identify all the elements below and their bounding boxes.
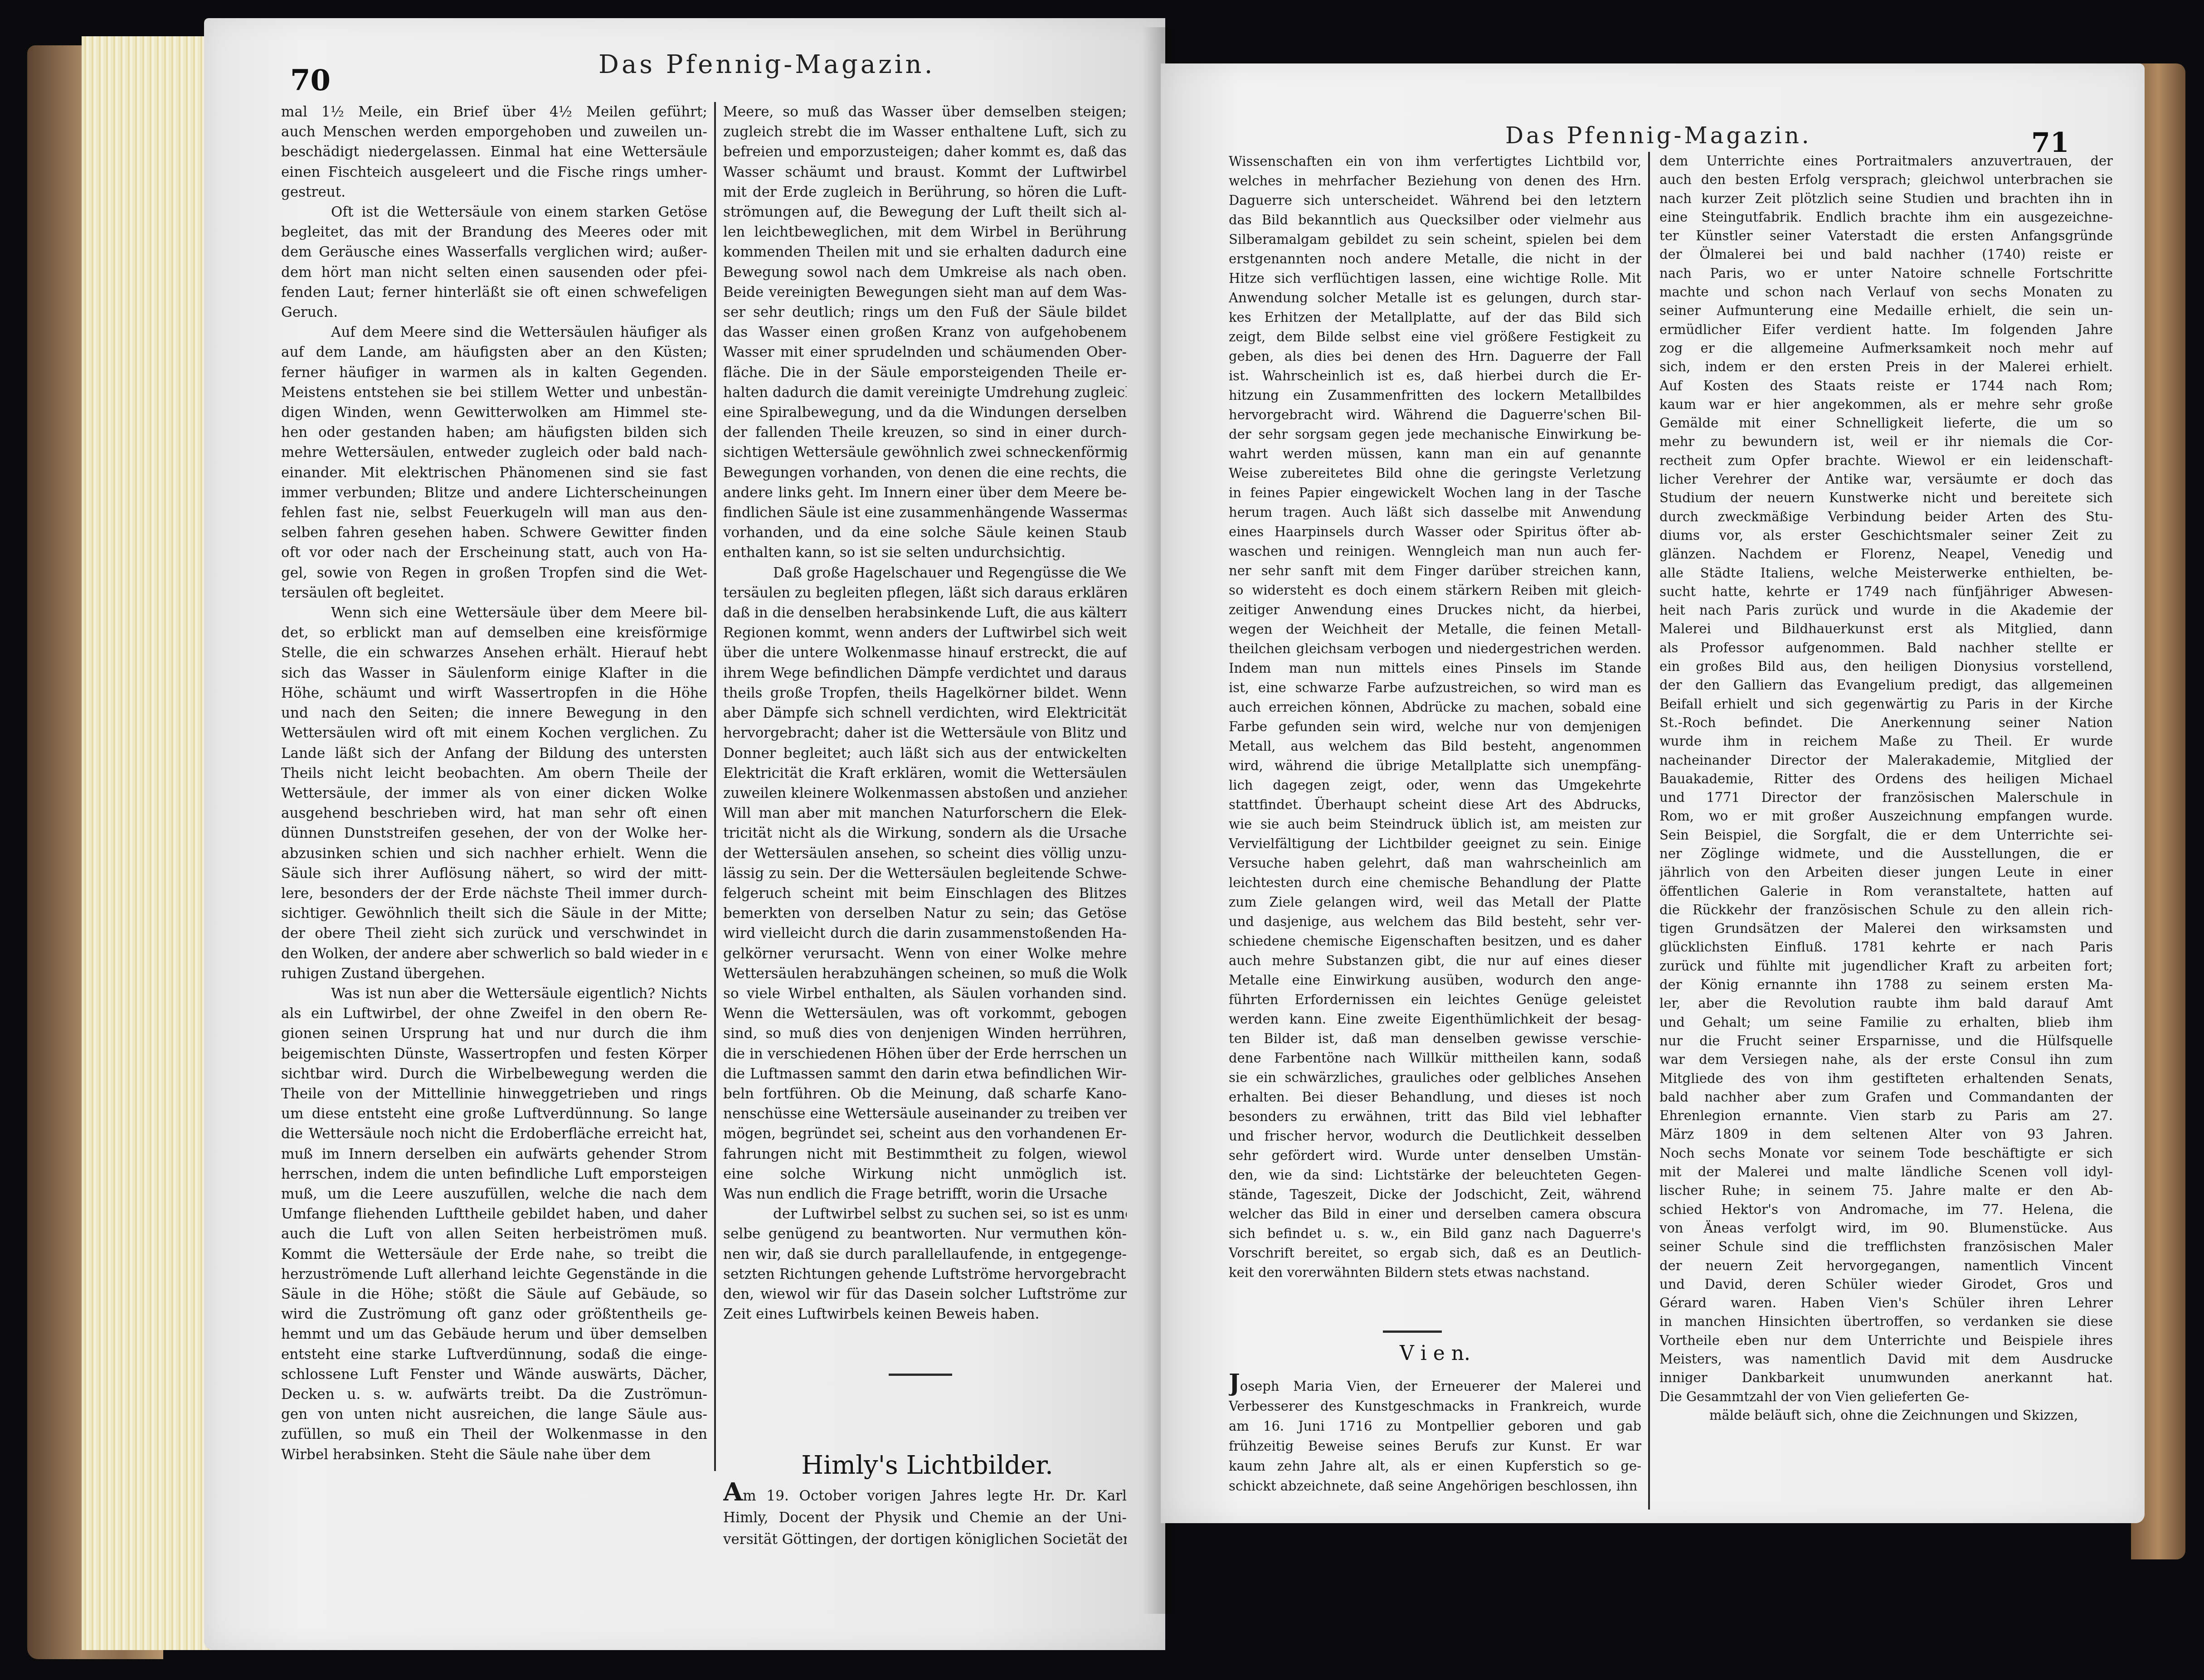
- section-heading-himly: Himly's Lichtbilder.: [723, 1451, 1131, 1480]
- text-line: Wettersäulen herabzuhängen scheinen, so …: [723, 964, 1127, 984]
- text-line: führten Erfordernissen ein leichtes Genü…: [1229, 990, 1641, 1010]
- text-line: eine Spiralbewegung, und da die Windunge…: [723, 403, 1127, 422]
- text-line: felgeruch scheint mit beim Einschlagen d…: [723, 884, 1127, 903]
- text-line: Joseph Maria Vien, der Erneuerer der Mal…: [1229, 1374, 1641, 1396]
- text-line: Auf dem Meere sind die Wettersäulen häuf…: [281, 322, 707, 342]
- text-line: schiedene chemische Eigenschaften besitz…: [1229, 932, 1641, 951]
- text-line: und David, deren Schüler wieder Girodet,…: [1659, 1275, 2113, 1294]
- text-line: licher Verehrer der Antike war, versäumt…: [1659, 470, 2113, 489]
- text-line: beigemischten Dünste, Wassertropfen und …: [281, 1044, 707, 1064]
- text-line: fahrungen nicht mit Bestimmtheit zu folg…: [723, 1144, 1127, 1164]
- text-line: muß, um die Leere auszufüllen, welche di…: [281, 1184, 707, 1204]
- text-line: digen Winden, wenn Gewitterwolken am Him…: [281, 403, 707, 422]
- text-line: Anwendung solcher Metalle ist es gelunge…: [1229, 288, 1641, 308]
- text-line: Wettersäule, der immer als von einer dic…: [281, 783, 707, 803]
- text-line: der sehr sorgsam gegen jede mechanische …: [1229, 425, 1641, 444]
- text-line: nach kurzer Zeit plötzlich seine Studien…: [1659, 189, 2113, 208]
- text-line: ausgehend beschrieben wird, hat man sehr…: [281, 803, 707, 823]
- text-line: Was ist nun aber die Wettersäule eigentl…: [281, 984, 707, 1004]
- text-line: beln fortführen. Ob die Meinung, daß sch…: [723, 1084, 1127, 1104]
- text-line: fenden Laut; ferner hinterläßt sie oft e…: [281, 282, 707, 302]
- text-line: auch den besten Erfolg versprach; gleich…: [1659, 170, 2113, 189]
- text-line: ein großes Bild aus, den heiligen Dionys…: [1659, 657, 2113, 676]
- text-line: bald nachher aber zum Grafen und Command…: [1659, 1088, 2113, 1107]
- text-line: gestreut.: [281, 182, 707, 202]
- text-line: zufüllen, so muß ein Theil der Wolkenmas…: [281, 1424, 707, 1444]
- section-body-vien: Joseph Maria Vien, der Erneuerer der Mal…: [1229, 1374, 1641, 1510]
- text-line: mögen, begründet sei, scheint aus den vo…: [723, 1124, 1127, 1144]
- text-line: den Wolken, der andere aber schwerlich s…: [281, 944, 707, 964]
- text-line: andere links geht. Im Innern einer über …: [723, 483, 1127, 503]
- text-line: erstgenannten noch andere Metalle, die n…: [1229, 249, 1641, 269]
- text-line: zum Ziele gelangen wird, weil das Metall…: [1229, 893, 1641, 912]
- text-line: ner sehr sanft mit dem Finger darüber st…: [1229, 561, 1641, 581]
- text-line: Vorschrift bereitet, so ergab sich, daß …: [1229, 1243, 1641, 1263]
- text-line: Weise zubereitetes Bild ohne die gerings…: [1229, 464, 1641, 483]
- text-line: Verbesserer des Kunstgeschmacks in Frank…: [1229, 1396, 1641, 1416]
- text-line: Versuche haben gelehrt, daß man wahrsche…: [1229, 854, 1641, 873]
- text-line: ist. Wahrscheinlich ist es, daß hierbei …: [1229, 366, 1641, 386]
- right-column-2: dem Unterrichte eines Portraitmalers anz…: [1659, 152, 2113, 1448]
- text-line: Stelle, die ein schwarzes Ansehen erhält…: [281, 643, 707, 663]
- running-head-right: Das Pfennig-Magazin.: [1505, 122, 1812, 149]
- text-line: Bewegung sowol nach dem Umkreise als nac…: [723, 262, 1127, 282]
- text-line: besonders zu erwähnen, tritt das Bild vi…: [1229, 1107, 1641, 1126]
- text-line: Farbe gefunden sein wird, welche nur von…: [1229, 717, 1641, 737]
- text-line: dem Geräusche eines Wasserfalls verglich…: [281, 242, 707, 262]
- text-line: inniger Dankbarkeit unumwunden anerkannt…: [1659, 1369, 2113, 1387]
- text-line: Studium der neuern Kunstwerke nicht und …: [1659, 489, 2113, 507]
- left-column-1: mal 1½ Meile, ein Brief über 4½ Meilen g…: [281, 102, 707, 1471]
- text-line: so widersteht es doch einem stärkern Rei…: [1229, 581, 1641, 600]
- text-line: findlichen Säule ist eine zusammenhängen…: [723, 503, 1127, 523]
- text-line: stattfindet. Überhaupt scheint diese Art…: [1229, 795, 1641, 815]
- text-line: Vortheile eben nur dem Unterrichte und B…: [1659, 1331, 2113, 1350]
- text-line: den, wie da sind: Lichtstärke der beleuc…: [1229, 1165, 1641, 1185]
- page-number-left: 70: [290, 63, 331, 97]
- text-line: ruhigen Zustand übergehen.: [281, 964, 707, 984]
- text-line: Am 19. October vorigen Jahres legte Hr. …: [723, 1482, 1127, 1507]
- section-divider-left: [889, 1374, 952, 1376]
- text-line: der fallenden Theile kreuzen, so sind in…: [723, 422, 1127, 442]
- text-line: werden kann. Eine zweite Eigenthümlichke…: [1229, 1010, 1641, 1029]
- text-line: waschen und reinigen. Wenngleich man nun…: [1229, 542, 1641, 561]
- text-line: Wirbel herabsinken. Steht die Säule nahe…: [281, 1445, 707, 1465]
- text-line: det, so erblickt man auf demselben eine …: [281, 623, 707, 643]
- text-line: Vervielfältigung der Lichtbilder geeigne…: [1229, 834, 1641, 854]
- text-line: hervorgebracht wird. Während die Daguerr…: [1229, 405, 1641, 425]
- text-line: gen von unten nicht ausreichen, die lang…: [281, 1404, 707, 1424]
- text-line: Meisters, was namentlich David mit dem A…: [1659, 1350, 2113, 1369]
- text-line: Höhe, schäumt und wirft Wassertropfen in…: [281, 683, 707, 703]
- text-line: und nach den Seiten; die innere Bewegung…: [281, 703, 707, 723]
- text-line: sich das Wasser in Säulenform einige Kla…: [281, 663, 707, 683]
- text-line: Oft ist die Wettersäule von einem starke…: [281, 202, 707, 222]
- text-line: abzusinken schien und sich nachher erhie…: [281, 844, 707, 864]
- text-line: und frischer hervor, wodurch die Deutlic…: [1229, 1126, 1641, 1146]
- text-line: sich, indem er den ersten Preis in der M…: [1659, 358, 2113, 376]
- text-line: mehre Wettersäulen, entweder zugleich od…: [281, 442, 707, 462]
- text-line: rectheit zum Opfer brachte. Wiewol er ei…: [1659, 452, 2113, 470]
- text-line: welcher das Bild in einer und derselben …: [1229, 1204, 1641, 1224]
- text-line: stände, Tageszeit, Dicke der Jodschicht,…: [1229, 1185, 1641, 1204]
- text-line: zurück und fühlte mit jugendlicher Kraft…: [1659, 957, 2113, 976]
- text-line: immer verbunden; Blitze und andere Licht…: [281, 483, 707, 503]
- text-line: Auf Kosten des Staats reiste er 1744 nac…: [1659, 377, 2113, 395]
- text-line: sich befindet u. s. w., ein Bild ganz na…: [1229, 1224, 1641, 1243]
- text-line: zuweilen kleinere Wolkenmassen abstoßen …: [723, 783, 1127, 803]
- text-line: beschädigt niedergelassen. Einmal hat ei…: [281, 142, 707, 162]
- text-line: mal 1½ Meile, ein Brief über 4½ Meilen g…: [281, 102, 707, 122]
- text-line: Zeit eines Luftwirbels keinen Beweis hab…: [723, 1304, 1127, 1324]
- section-body-himly: Am 19. October vorigen Jahres legte Hr. …: [723, 1482, 1127, 1573]
- text-line: Indem man nun mittels eines Pinsels im S…: [1229, 659, 1641, 678]
- text-line: der Luftwirbel selbst zu suchen sei, so …: [723, 1204, 1127, 1224]
- text-line: Daguerre sich unterscheidet. Während bei…: [1229, 191, 1641, 210]
- text-line: Wasser schäumt und braust. Kommt der Luf…: [723, 162, 1127, 182]
- text-line: ermüdlicher Eifer verdient hatte. Im fol…: [1659, 320, 2113, 339]
- text-line: sichtbar wird. Durch die Wirbelbewegung …: [281, 1064, 707, 1084]
- text-line: hen oder gestanden haben; am häufigsten …: [281, 422, 707, 442]
- text-line: Bauakademie, Ritter des Ordens des heili…: [1659, 770, 2113, 788]
- text-line: nach Paris, wo er unter Natoire schnelle…: [1659, 264, 2113, 283]
- text-line: wird, während die übrige Metallplatte si…: [1229, 756, 1641, 776]
- drop-cap: J: [1229, 1374, 1240, 1396]
- text-line: schickt abzeichnete, daß seine Angehörig…: [1229, 1476, 1641, 1496]
- text-line: dünnen Dunststreifen gesehen, der von de…: [281, 823, 707, 843]
- text-line: die Wettersäule noch nicht die Erdoberfl…: [281, 1124, 707, 1144]
- text-line: Himly, Docent der Physik und Chemie an d…: [723, 1507, 1127, 1529]
- text-line: heit nach Paris zurück und wurde in die …: [1659, 601, 2113, 620]
- text-line: Meistens entstehen sie bei stillem Wette…: [281, 383, 707, 403]
- text-line: entsteht eine starke Luftverdünnung, sod…: [281, 1345, 707, 1364]
- text-line: die Luftmassen sammt den darin etwa befi…: [723, 1064, 1127, 1084]
- text-line: Ehrenlegion ernannte. Vien starb zu Pari…: [1659, 1107, 2113, 1125]
- text-line: der Wettersäulen ansehen, so scheint die…: [723, 844, 1127, 864]
- text-line: alle Städte Italiens, welche Meisterwerk…: [1659, 564, 2113, 583]
- text-line: sucht hatte, kehrte er 1749 nach fünfjäh…: [1659, 583, 2113, 601]
- text-line: ist, eine schwarze Farbe aufzustreichen,…: [1229, 678, 1641, 698]
- text-line: nur die Frucht seiner Ersparnisse, und d…: [1659, 1032, 2113, 1050]
- text-line: halten dadurch die damit vereinigte Umdr…: [723, 383, 1127, 403]
- text-line: welches in mehrfacher Beziehung von dene…: [1229, 171, 1641, 191]
- text-line: wahrt werden müssen, kann man ein auf ge…: [1229, 444, 1641, 464]
- text-line: Regionen kommt, wenn anders der Luftwirb…: [723, 623, 1127, 643]
- text-line: Hitze sich verflüchtigen lassen, eine wi…: [1229, 269, 1641, 288]
- text-line: ler, aber die Revolution raubte ihm bald…: [1659, 994, 2113, 1013]
- right-column-1: Wissenschaften ein von ihm verfertigtes …: [1229, 152, 1641, 1303]
- text-line: Meere, so muß das Wasser über demselben …: [723, 102, 1127, 122]
- left-column-divider: [714, 102, 716, 1471]
- text-line: versität Göttingen, der dortigen königli…: [723, 1529, 1127, 1550]
- text-line: als Professor aufgenommen. Bald nachher …: [1659, 639, 2113, 657]
- text-line: sichtigen Wettersäule gewöhnlich zwei sc…: [723, 442, 1127, 462]
- text-line: einen Fischteich ausgeleert und die Fisc…: [281, 162, 707, 182]
- text-line: Umfange fliehenden Lufttheile gebildet h…: [281, 1204, 707, 1224]
- text-line: schlossene Luft Fenster und Wände auswär…: [281, 1364, 707, 1384]
- text-line: Wenn sich eine Wettersäule über dem Meer…: [281, 603, 707, 623]
- text-line: auch die Luft von allen Seiten herbeistr…: [281, 1224, 707, 1244]
- text-line: kes Erhitzen der Metallplatte, auf der d…: [1229, 308, 1641, 327]
- text-line: tersäulen zu begleiten pflegen, läßt sic…: [723, 583, 1127, 603]
- text-line: ten Bilder ist, daß man denselben gewiss…: [1229, 1029, 1641, 1049]
- text-line: Die Gesammtzahl der von Vien gelieferten…: [1659, 1388, 2113, 1406]
- text-line: hervorgebracht; daher ist die Wettersäul…: [723, 723, 1127, 743]
- text-line: Theils nicht leicht beobachten. Am obern…: [281, 763, 707, 783]
- text-line: auf dem Lande, am häufigsten aber an den…: [281, 342, 707, 362]
- text-line: fehlen fast nie, selbst Feuerkugeln will…: [281, 503, 707, 523]
- section-divider-right: [1383, 1330, 1442, 1333]
- text-line: wurde ihm in reichem Maße zu Theil. Er w…: [1659, 732, 2113, 751]
- text-line: Wissenschaften ein von ihm verfertigtes …: [1229, 152, 1641, 171]
- text-line: am 16. Juni 1716 zu Montpellier geboren …: [1229, 1416, 1641, 1436]
- text-line: strömungen auf, die Bewegung der Luft th…: [723, 202, 1127, 222]
- text-line: bemerkten von derselben Natur zu sein; d…: [723, 903, 1127, 923]
- text-line: sehr gefördert wird. Wurde unter denselb…: [1229, 1146, 1641, 1165]
- text-line: auch erreichen können, Abdrücke zu mache…: [1229, 698, 1641, 717]
- text-line: wie sie auch beim Steindruck üblich ist,…: [1229, 815, 1641, 834]
- text-line: oft vor oder nach der Erscheinung statt,…: [281, 543, 707, 563]
- text-line: so viele Wirbel enthalten, als Säulen vo…: [723, 984, 1127, 1004]
- text-line: der den Galliern das Evangelium predigt,…: [1659, 676, 2113, 694]
- text-line: Sein Beispiel, die Sorgfalt, die er dem …: [1659, 826, 2113, 845]
- text-line: ner Zöglinge widmete, und die Ausstellun…: [1659, 845, 2113, 863]
- text-line: Was nun endlich die Frage betrifft, wori…: [723, 1184, 1127, 1204]
- text-line: ser sehr deutlich; rings um den Fuß der …: [723, 302, 1127, 322]
- text-line: mehr zu bewundern ist, weil er ihr niema…: [1659, 432, 2113, 451]
- text-line: hemmt und um das Gebäude herum und über …: [281, 1324, 707, 1344]
- text-line: die Rückkehr der französischen Schule zu…: [1659, 901, 2113, 919]
- text-line: tersäulen oft begleitet.: [281, 583, 707, 603]
- text-line: war dem Versiegen nahe, als der erste Co…: [1659, 1050, 2113, 1069]
- text-line: der neuern Zeit hervorgegangen, namentli…: [1659, 1257, 2113, 1275]
- text-line: kommenden Theilen mit und sie erhalten d…: [723, 242, 1127, 262]
- text-line: Wasser mit einer sprudelnden und schäume…: [723, 342, 1127, 362]
- text-line: Silberamalgam gebildet zu sein scheint, …: [1229, 230, 1641, 249]
- text-line: hitzung ein Zusammenfritten des lockern …: [1229, 386, 1641, 405]
- text-line: lere, besonders der der Erde nächste The…: [281, 884, 707, 903]
- text-line: Donner begleitet; auch läßt sich aus der…: [723, 743, 1127, 763]
- text-line: das Bild bekanntlich aus Quecksilber ode…: [1229, 210, 1641, 230]
- text-line: kaum war er hier angekommen, als er mehr…: [1659, 395, 2113, 414]
- text-line: selben fahren gesehen haben. Schwere Gew…: [281, 523, 707, 543]
- text-line: seiner Schule sind die trefflichsten fra…: [1659, 1238, 2113, 1256]
- text-line: herzuströmende Luft allerhand leichte Ge…: [281, 1264, 707, 1284]
- text-line: der König ernannte ihn 1788 zu seinem er…: [1659, 976, 2113, 994]
- text-line: Wettersäulen wird oft mit einem Kochen v…: [281, 723, 707, 743]
- text-line: muß im Innern derselben ein aufwärts geh…: [281, 1144, 707, 1164]
- page-edges-left: [82, 36, 218, 1650]
- text-line: Rom, wo er mit großer Auszeichnung empfa…: [1659, 807, 2113, 825]
- text-line: ihrem Wege befindlichen Dämpfe verdichte…: [723, 663, 1127, 683]
- text-line: in manchen Hinsichten übertroffen, so ve…: [1659, 1312, 2113, 1331]
- text-line: St.-Roch befindet. Die Anerkennung seine…: [1659, 714, 2113, 732]
- text-line: eine Steingutfabrik. Endlich brachte ihm…: [1659, 208, 2113, 227]
- text-line: sie ein schwärzliches, grauliches oder g…: [1229, 1068, 1641, 1088]
- text-line: glücklichsten Einfluß. 1781 kehrte er na…: [1659, 938, 2113, 957]
- text-line: der obere Theil zieht sich zurück und ve…: [281, 923, 707, 943]
- text-line: mälde beläuft sich, ohne die Zeichnungen…: [1659, 1406, 2113, 1425]
- text-line: der Ölmalerei bei und bald nachher (1740…: [1659, 245, 2113, 264]
- text-line: geben, als dies bei denen des Hrn. Dague…: [1229, 347, 1641, 366]
- text-line: begleitet, das mit der Brandung des Meer…: [281, 222, 707, 242]
- text-line: dem hört man nicht selten einen sausende…: [281, 262, 707, 282]
- text-line: gionen seinen Ursprung hat und nur durch…: [281, 1024, 707, 1044]
- text-line: Metalle eine Einwirkung ausüben, wodurch…: [1229, 971, 1641, 990]
- text-line: frühzeitig Beweise seines Berufs zur Kun…: [1229, 1436, 1641, 1456]
- text-line: auch mehre Substanzen gibt, die nur auf …: [1229, 951, 1641, 971]
- text-line: Noch sechs Monate vor seinem Tode beschä…: [1659, 1144, 2113, 1163]
- text-line: sichtiger. Gewöhnlich theilt sich die Sä…: [281, 903, 707, 923]
- text-line: herum tragen. Auch läßt sich dasselbe mi…: [1229, 503, 1641, 522]
- text-line: den, wiewol wir für das Dasein solcher L…: [723, 1284, 1127, 1304]
- text-line: theils große Tropfen, theils Hagelkörner…: [723, 683, 1127, 703]
- running-head-left: Das Pfennig-Magazin.: [598, 50, 935, 79]
- text-line: len leichtbeweglichen, mit dem Wirbel in…: [723, 222, 1127, 242]
- text-line: mit der Erde zugleich in Berührung, so h…: [723, 182, 1127, 202]
- text-line: das Wasser einen großen Kranz von aufgeh…: [723, 322, 1127, 342]
- text-line: die in verschiedenen Höhen über der Erde…: [723, 1044, 1127, 1064]
- text-line: vorhanden, und da eine solche Säule kein…: [723, 523, 1127, 543]
- text-line: zugleich strebt die im Wasser enthaltene…: [723, 122, 1127, 142]
- text-line: herrschen, indem die unten befindliche L…: [281, 1164, 707, 1184]
- text-line: tigen Grundsätzen der Malerei den wirksa…: [1659, 919, 2113, 938]
- text-line: Beifall erhielt und sich gegenwärtig zu …: [1659, 695, 2113, 714]
- text-line: lich dagegen zeigt, oder, wenn das Umgek…: [1229, 776, 1641, 795]
- text-line: Säule in die Höhe; stößt die Säule auf G…: [281, 1284, 707, 1304]
- text-line: keit den vorerwähnten Bildern stets etwa…: [1229, 1263, 1641, 1282]
- text-line: erhalten. Bei dieser Behandlung, und die…: [1229, 1088, 1641, 1107]
- text-line: öffentlichen Galerie in Rom veranstaltet…: [1659, 882, 2113, 901]
- text-line: Decken u. s. w. aufwärts treibt. Da die …: [281, 1384, 707, 1404]
- text-line: von Äneas verfolgt wird, im 90. Blumenst…: [1659, 1219, 2113, 1238]
- text-line: Gemälde mit einer Schnelligkeit lieferte…: [1659, 414, 2113, 432]
- text-line: befreien und emporzusteigen; daher kommt…: [723, 142, 1127, 162]
- text-line: um diese entsteht eine große Luftverdünn…: [281, 1104, 707, 1124]
- text-line: schied Hektor's von Andromache, im 77. H…: [1659, 1200, 2113, 1219]
- text-line: gelkörner verursacht. Wenn von einer Wol…: [723, 944, 1127, 964]
- text-line-rest: oseph Maria Vien, der Erneuerer der Male…: [1240, 1379, 1641, 1394]
- text-line: Säule sich ihrer Auflösung nähert, so wi…: [281, 864, 707, 884]
- text-line: Daß große Hagelschauer und Regengüsse di…: [723, 563, 1127, 583]
- text-line: zeitiger Anwendung eines Druckes nicht, …: [1229, 600, 1641, 620]
- text-line: März 1809 in dem seltenen Alter von 93 J…: [1659, 1125, 2113, 1144]
- text-line: setzten Richtungen gehende Luftströme he…: [723, 1264, 1127, 1284]
- text-line: und dasjenige, aus welchem das Bild best…: [1229, 912, 1641, 932]
- text-line: Wenn die Wettersäulen, was oft vorkommt,…: [723, 1004, 1127, 1024]
- text-line: daß in die denselben herabsinkende Luft,…: [723, 603, 1127, 623]
- text-line: ferner häufiger in warmen als in kalten …: [281, 363, 707, 383]
- text-line: einander. Mit elektrischen Phänomenen si…: [281, 463, 707, 483]
- text-line: jährlich von den Arbeiten dieser jungen …: [1659, 863, 2113, 882]
- text-line: in feines Papier eingewickelt Wochen lan…: [1229, 483, 1641, 503]
- text-line: fläche. Die in der Säule emporsteigenden…: [723, 363, 1127, 383]
- text-line: Metall, aus welchem das Bild besteht, an…: [1229, 737, 1641, 756]
- text-line: Kommt die Wettersäule der Erde nahe, so …: [281, 1244, 707, 1264]
- text-line: nacheinander Director der Malerakademie,…: [1659, 751, 2113, 770]
- text-line: Bewegungen vorhanden, von denen die eine…: [723, 463, 1127, 483]
- text-line: diums vor, als erster Geschichtsmaler se…: [1659, 526, 2113, 545]
- text-line: und Gehalt; um seine Familie zu erhalten…: [1659, 1013, 2113, 1032]
- text-line: über die untere Wolkenmasse hinauf erstr…: [723, 643, 1127, 663]
- text-line: durch zweckmäßige Verbindung beider Arte…: [1659, 508, 2113, 526]
- text-line: lischer Ruhe; in seinem 75. Jahre malte …: [1659, 1181, 2113, 1200]
- text-line: Malerei und Bildhauerkunst erst als Mitg…: [1659, 620, 2113, 638]
- text-line: ter Künstler seiner Vaterstadt die erste…: [1659, 227, 2113, 245]
- text-line: nenschüsse eine Wettersäule auseinander …: [723, 1104, 1127, 1124]
- text-line: sind, so muß dies von denjenigen Winden …: [723, 1024, 1127, 1044]
- text-line: glänzen. Nachdem er Florenz, Neapel, Ven…: [1659, 545, 2113, 563]
- text-line: machte und schon nach Verlauf von sechs …: [1659, 283, 2113, 301]
- text-line: gel, sowie von Regen in großen Tropfen s…: [281, 563, 707, 583]
- text-line: auch Menschen werden emporgehoben und zu…: [281, 122, 707, 142]
- text-line: zeigt, dem Bilde selbst eine viel größer…: [1229, 327, 1641, 347]
- text-line: als ein Luftwirbel, der ohne Zweifel in …: [281, 1004, 707, 1024]
- left-column-2: Meere, so muß das Wasser über demselben …: [723, 102, 1127, 1367]
- text-line: dem Unterrichte eines Portraitmalers anz…: [1659, 152, 2113, 170]
- text-line: Mitgliede des von ihm gestifteten erhalt…: [1659, 1069, 2113, 1088]
- text-line: aber Dämpfe sich schnell verdichten, wir…: [723, 703, 1127, 723]
- text-line: wird vielleicht durch die darin zusammen…: [723, 923, 1127, 943]
- text-line: Beide vereinigten Bewegungen sieht man a…: [723, 282, 1127, 302]
- text-line: Theile von der Mittellinie hinweggetrieb…: [281, 1084, 707, 1104]
- drop-cap: A: [723, 1482, 743, 1507]
- text-line: Will man aber mit manchen Naturforschern…: [723, 803, 1127, 823]
- text-line: eine solche Wirkung nicht unmöglich ist.: [723, 1164, 1127, 1184]
- text-line: tricität nicht als die Wirkung, sondern …: [723, 823, 1127, 843]
- text-line: Geruch.: [281, 302, 707, 322]
- section-heading-vien: V i e n.: [1229, 1342, 1641, 1365]
- text-line: Gérard waren. Haben Vien's Schüler ihren…: [1659, 1294, 2113, 1312]
- text-line: und 1771 Director der französischen Male…: [1659, 788, 2113, 807]
- text-line: kaum zehn Jahre alt, als er einen Kupfer…: [1229, 1456, 1641, 1476]
- text-line: theilchen gleichsam verbogen und niederg…: [1229, 639, 1641, 659]
- text-line: zog er die allgemeine Aufmerksamkeit noc…: [1659, 339, 2113, 358]
- text-line: wird die Zuströmung oft ganz oder größte…: [281, 1304, 707, 1324]
- text-line: leichtesten durch eine chemische Behandl…: [1229, 873, 1641, 893]
- text-line: enthalten kann, so ist sie selten undurc…: [723, 543, 1127, 563]
- text-line: eines Haarpinsels durch Wasser oder Spir…: [1229, 522, 1641, 542]
- text-line: mit der Malerei und malte ländliche Scen…: [1659, 1163, 2113, 1181]
- text-line-rest: m 19. October vorigen Jahres legte Hr. D…: [743, 1488, 1127, 1504]
- text-line: wegen der Weichheit der Metalle, die fei…: [1229, 620, 1641, 639]
- right-column-divider: [1648, 152, 1650, 1510]
- text-line: Lande läßt sich der Anfang der Bildung d…: [281, 743, 707, 763]
- text-line: Elektricität die Kraft erklären, womit d…: [723, 763, 1127, 783]
- text-line: selbe genügend zu beantworten. Nur vermu…: [723, 1224, 1127, 1244]
- text-line: lässig zu sein. Der die Wettersäulen beg…: [723, 864, 1127, 884]
- text-line: nen wir, daß sie durch parallellaufende,…: [723, 1244, 1127, 1264]
- text-line: dene Farbentöne nach Willkür mittheilen …: [1229, 1049, 1641, 1068]
- text-line: seiner Aufmunterung eine Medaille erhiel…: [1659, 301, 2113, 320]
